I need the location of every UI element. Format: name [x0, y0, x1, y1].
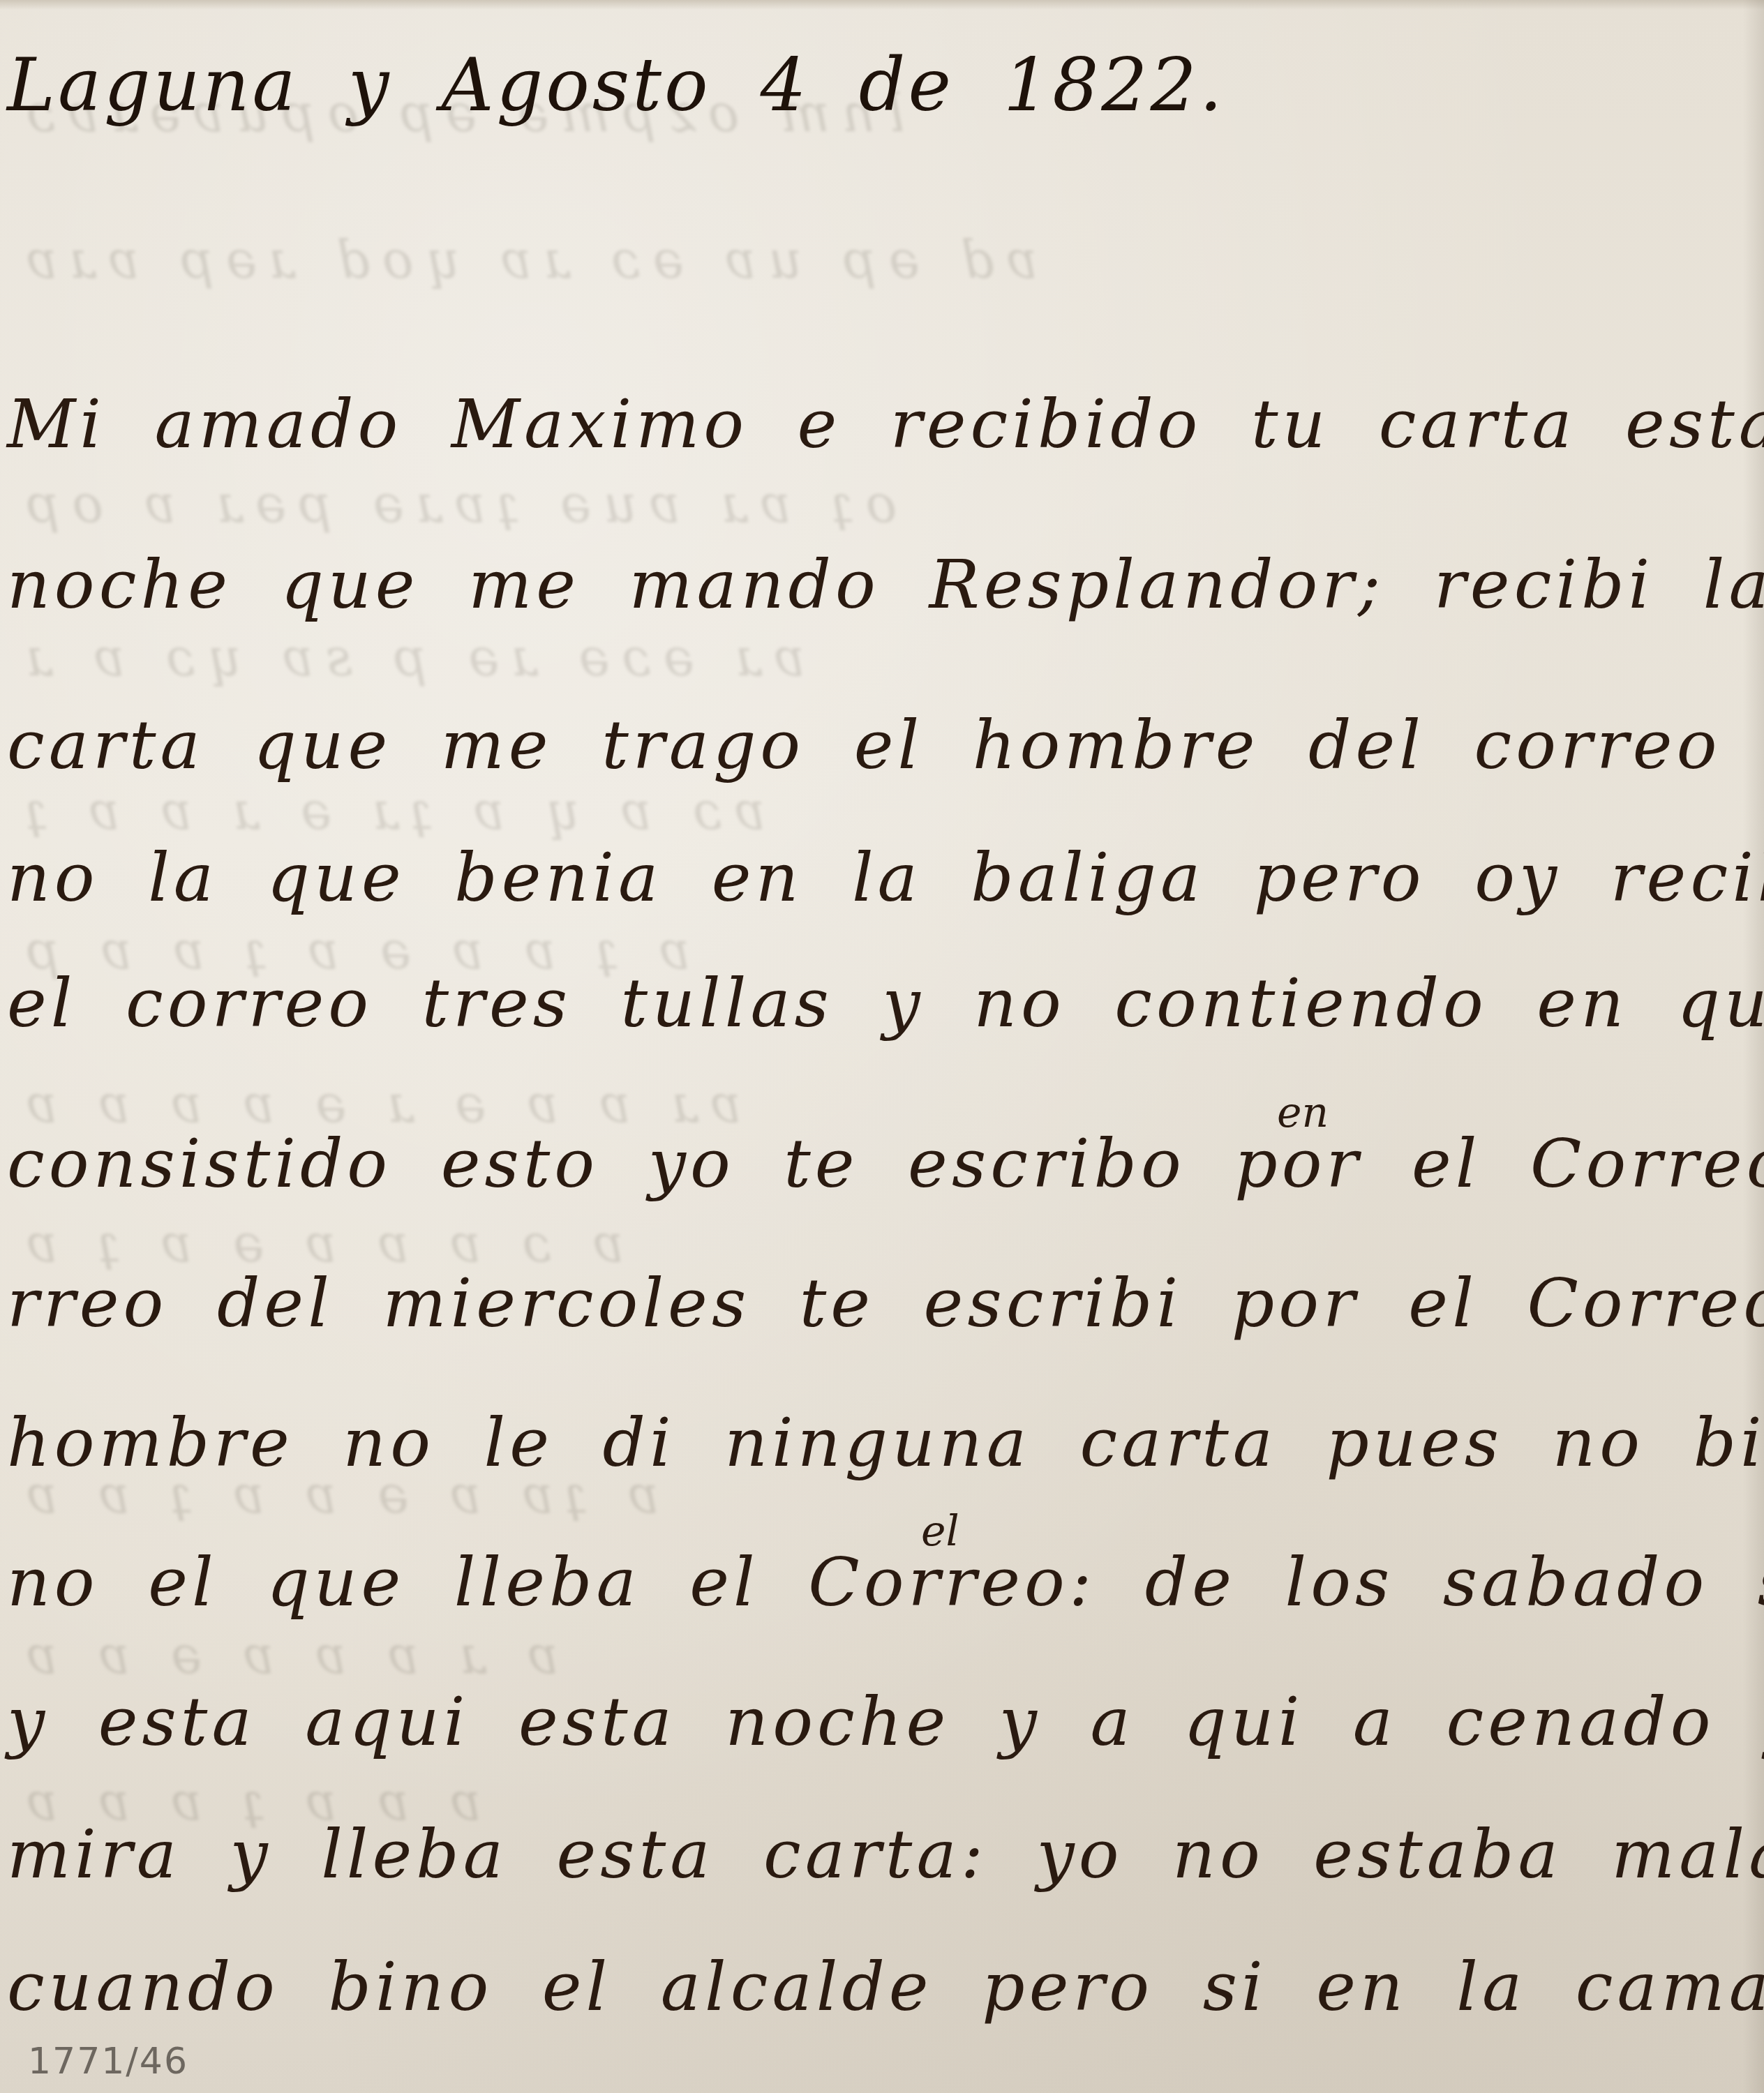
- page-top-edge: [0, 0, 1764, 10]
- letter-line-8: hombre no le di ninguna carta pues no bi…: [7, 1409, 1764, 1476]
- bleed-through-text: ɐd ǝp uɐ ǝɔ ɹɐ ɥod ɹǝp ɐɹɐ: [14, 230, 1038, 290]
- letter-dateline: Laguna y Agosto 4 de 1822.: [7, 49, 1225, 121]
- letter-line-10: y esta aqui esta noche y a qui a cenado …: [7, 1688, 1764, 1755]
- bleed-through-text: ɐ ɹ ɐ ɐ ɐ ǝ ɐ ɐ: [14, 1626, 558, 1686]
- page-right-edge: [1743, 0, 1764, 2093]
- letter-line-1: Mi amado Maximo e recibido tu carta esta: [7, 391, 1764, 458]
- archive-reference-number: 1771/46: [28, 2041, 188, 2083]
- bleed-through-text: ɐɔ ɐ ɥ ɐ ʇɹ ǝ ɹ ɐ ɐ ʇ: [14, 781, 765, 841]
- letter-line-4: no la que benia en la baliga pero oy rec…: [7, 844, 1764, 911]
- letter-page: lnm ozpmǝ ǝp opuɐǝɹɐɔ ɐd ǝp uɐ ǝɔ ɹɐ ɥod…: [0, 0, 1764, 2093]
- letter-line-7: rreo del miercoles te escribi por el Cor…: [7, 1270, 1764, 1337]
- letter-line-3: carta que me trago el hombre del correo …: [7, 712, 1764, 779]
- letter-line-2: noche que me mando Resplandor; recibi la: [7, 551, 1764, 618]
- bleed-through-text: ɐɹ ǝɔǝ ɹǝ p sɐ ɥɔ ɐ ɹ: [14, 628, 805, 688]
- letter-line-12: cuando bino el alcalde pero si en la cam…: [7, 1953, 1764, 2020]
- letter-line-5: el correo tres tullas y no contiendo en …: [7, 970, 1764, 1037]
- letter-line-9: no el que lleba el Correo: de los sabado…: [7, 1549, 1764, 1616]
- letter-line-6: consistido esto yo te escribo por el Cor…: [7, 1130, 1764, 1197]
- bleed-through-text: oʇ ɐɹ ɐuǝ ʇɐɹǝ pǝɹ ɐ op: [14, 474, 897, 534]
- letter-line-11: mira y lleba esta carta: yo no estaba ma…: [7, 1821, 1764, 1888]
